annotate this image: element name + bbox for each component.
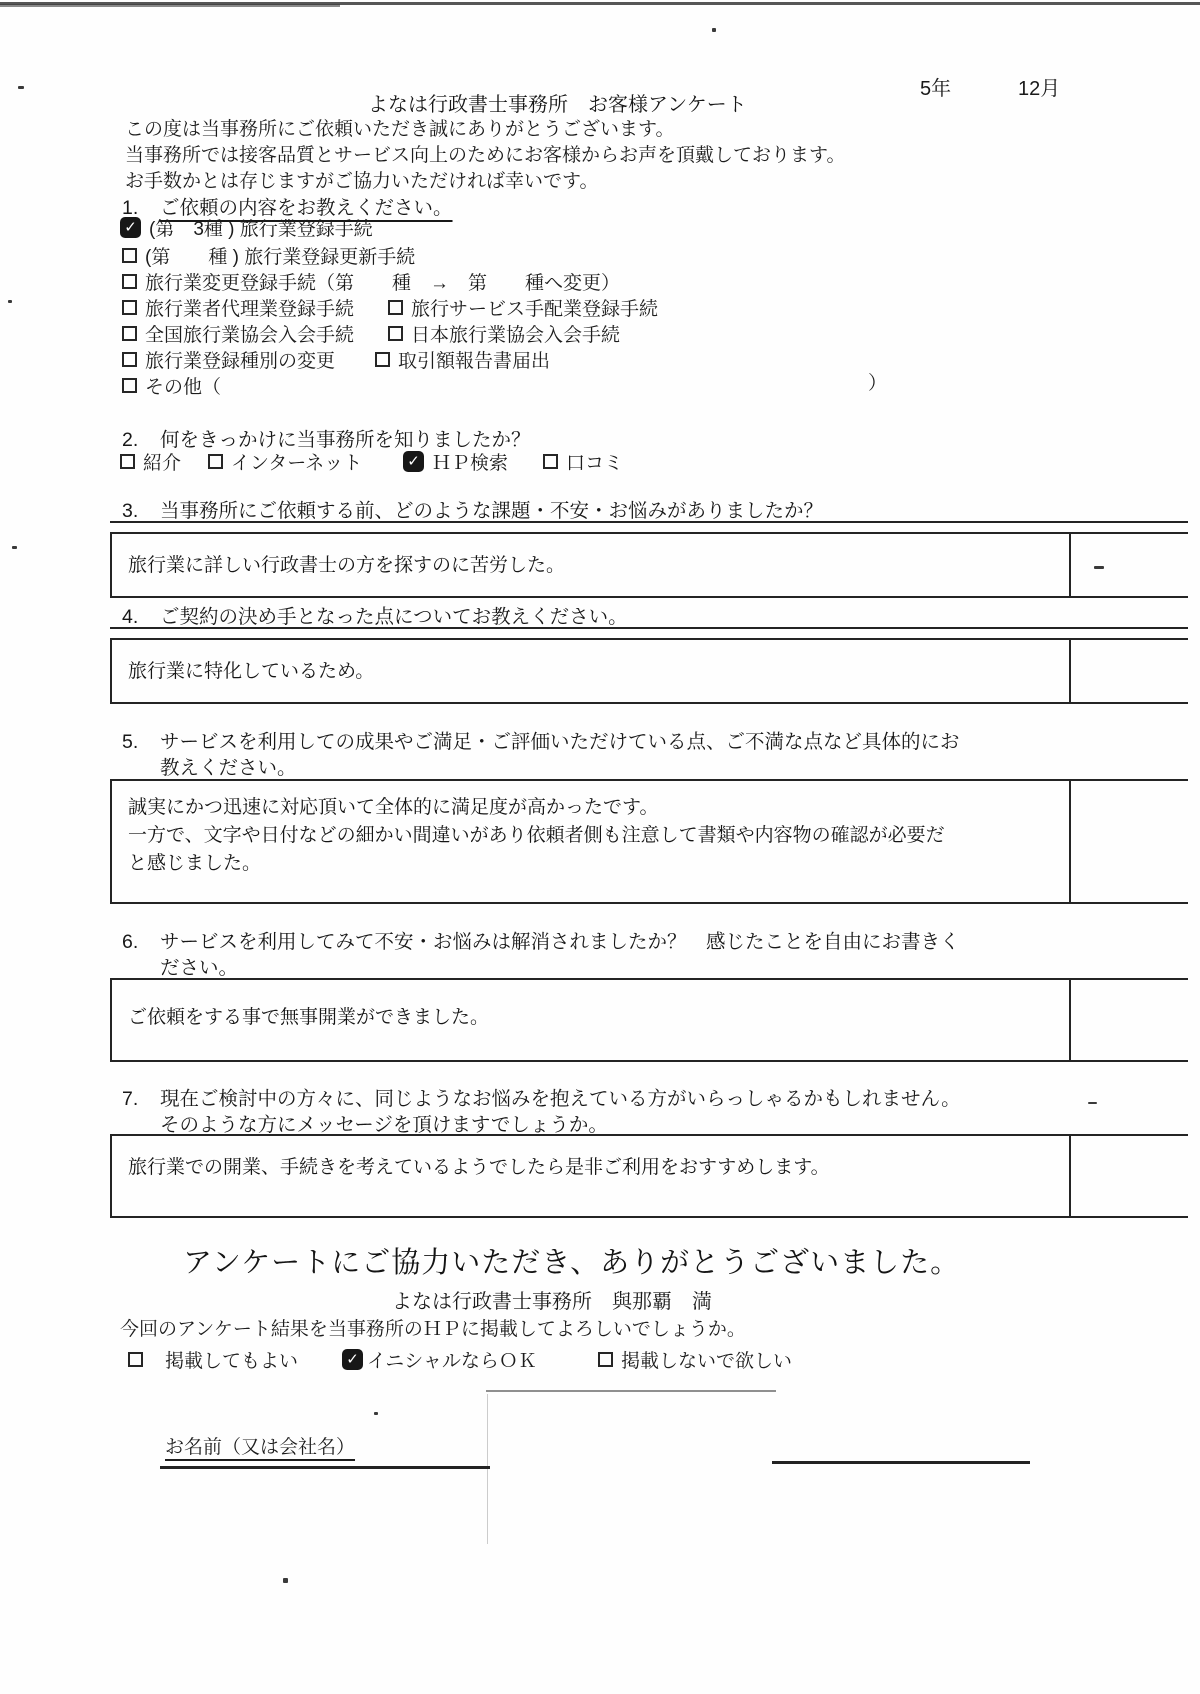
option-label: 口コミ	[566, 448, 623, 475]
scan-speck	[1088, 1102, 1097, 1104]
option-label: 全国旅行業協会入会手続	[145, 320, 354, 347]
answer-box-q3[interactable]: 旅行業に詳しい行政書士の方を探すのに苦労した。	[110, 532, 1188, 598]
checkbox-unchecked-icon[interactable]	[543, 454, 558, 469]
intro-line-1: この度は当事務所にご依頼いただき誠にありがとうございます。	[125, 118, 674, 142]
answer-box-q5[interactable]: 誠実にかつ迅速に対応頂いて全体的に満足度が高かったです。 一方で、文字や日付など…	[110, 779, 1188, 904]
question-5-title-line1: サービスを利用しての成果やご満足・ご評価いただけている点、ご不満な点など具体的に…	[160, 731, 960, 753]
checkbox-option-q1-other[interactable]: その他（	[122, 372, 221, 398]
check-glyph: ✓	[407, 452, 420, 470]
answer-box-q4[interactable]: 旅行業に特化しているため。	[110, 638, 1188, 704]
option-label: 紹介	[143, 448, 181, 475]
checkbox-unchecked-icon[interactable]	[122, 274, 137, 289]
checkbox-unchecked-icon[interactable]	[128, 1352, 143, 1367]
checkbox-unchecked-icon[interactable]	[388, 326, 403, 341]
checkbox-option-publish-no[interactable]: 掲載しないで欲しい	[598, 1346, 792, 1372]
answer-text-q5-line3: と感じました。	[128, 850, 261, 878]
answer-text-q5-line2: 一方で、文字や日付などの細かい間違いがあり依頼者側も注意して書類や内容物の確認が…	[128, 822, 945, 850]
publish-question: 今回のアンケート結果を当事務所のＨＰに掲載してよろしいでしょうか。	[120, 1318, 746, 1342]
option-label: 旅行業変更登録手続（第 種 → 第 種へ変更）	[145, 268, 620, 295]
answer-text-q7: 旅行業での開業、手続きを考えているようでしたら是非ご利用をおすすめします。	[128, 1154, 830, 1182]
checkbox-option-q1-change-registration[interactable]: 旅行業変更登録手続（第 種 → 第 種へ変更）	[122, 268, 620, 294]
question-5-number: 5.	[122, 731, 160, 754]
question-4-heading: 4.ご契約の決め手となった点についてお教えください。	[122, 601, 628, 629]
checkbox-unchecked-icon[interactable]	[122, 352, 137, 367]
question-7-title-line1: 現在ご検討中の方々に、同じようなお悩みを抱えている方がいらっしゃるかもしれません…	[160, 1088, 961, 1110]
scan-speck	[283, 1578, 288, 1583]
question-4-number: 4.	[122, 606, 160, 629]
scan-speck	[12, 546, 17, 549]
option-label: 日本旅行業協会入会手続	[411, 320, 620, 347]
checkbox-option-q1-report[interactable]: 取引額報告書届出	[375, 346, 550, 372]
checkbox-option-q2-hp-search[interactable]: ✓ ＨＰ検索	[403, 448, 508, 474]
question-4-underline	[110, 627, 1188, 629]
option-label: 旅行サービス手配業登録手続	[411, 294, 658, 321]
checkbox-option-q2-referral[interactable]: 紹介	[120, 448, 181, 474]
option-label: イニシャルならＯＫ	[367, 1346, 537, 1373]
other-close-paren: ）	[868, 372, 887, 396]
question-5-heading-line2: 教えください。	[160, 752, 297, 780]
office-signature: よなは行政書士事務所 與那覇 満	[392, 1285, 712, 1314]
name-field-label: お名前（又は会社名）	[165, 1436, 355, 1460]
checkbox-checked-icon[interactable]: ✓	[342, 1349, 363, 1370]
page-title: よなは行政書士事務所 お客様アンケート	[368, 88, 747, 117]
check-glyph: ✓	[124, 218, 137, 236]
checkbox-option-publish-initials-ok[interactable]: ✓ イニシャルならＯＫ	[342, 1346, 537, 1372]
checkbox-option-publish-ok[interactable]: 掲載してもよい	[128, 1346, 298, 1372]
question-5-heading-line1: 5.サービスを利用しての成果やご満足・ご評価いただけている点、ご不満な点など具体…	[122, 726, 960, 754]
checkbox-option-q1-agency[interactable]: 旅行業者代理業登録手続	[122, 294, 354, 320]
checkbox-option-q1-renewal[interactable]: (第 種 ) 旅行業登録更新手続	[122, 242, 415, 268]
question-3-number: 3.	[122, 500, 160, 523]
checkbox-unchecked-icon[interactable]	[208, 454, 223, 469]
checkbox-option-q2-word-of-mouth[interactable]: 口コミ	[543, 448, 623, 474]
checkbox-option-q2-internet[interactable]: インターネット	[208, 448, 362, 474]
question-7-number: 7.	[122, 1088, 160, 1111]
question-3-heading: 3.当事務所にご依頼する前、どのような課題・不安・お悩みがありましたか？	[122, 495, 823, 523]
question-6-title-line1: サービスを利用してみて不安・お悩みは解消されましたか？ 感じたことを自由にお書き…	[160, 931, 960, 953]
option-label: 取引額報告書届出	[398, 346, 550, 373]
option-label: その他（	[145, 372, 221, 399]
name-field-line[interactable]	[160, 1466, 490, 1469]
question-3-title: 当事務所にご依頼する前、どのような課題・不安・お悩みがありましたか？	[160, 500, 823, 522]
checkbox-unchecked-icon[interactable]	[598, 1352, 613, 1367]
scan-speck	[18, 86, 24, 89]
survey-document: 5年 12月 よなは行政書士事務所 お客様アンケート この度は当事務所にご依頼い…	[0, 0, 1200, 1694]
document-month: 12月	[1018, 72, 1060, 101]
question-4-title: ご契約の決め手となった点についてお教えください。	[160, 606, 628, 628]
answer-text-q4: 旅行業に特化しているため。	[128, 658, 374, 686]
scan-speck	[712, 28, 716, 32]
answer-text-q6: ご依頼をする事で無事開業ができました。	[128, 1004, 489, 1032]
checkbox-checked-icon[interactable]: ✓	[403, 451, 424, 472]
scan-artifact-top-blob	[0, 4, 340, 7]
scan-artifact-vertical-line	[487, 1394, 488, 1544]
checkbox-unchecked-icon[interactable]	[122, 300, 137, 315]
name-field-line-right[interactable]	[772, 1461, 1030, 1464]
question-6-heading-line2: ださい。	[160, 952, 238, 980]
option-label: 掲載してもよい	[165, 1346, 298, 1373]
option-label: (第 種 ) 旅行業登録更新手続	[145, 242, 415, 269]
option-label: 旅行業登録種別の変更	[145, 346, 335, 373]
document-year: 5年	[920, 72, 951, 101]
checkbox-unchecked-icon[interactable]	[375, 352, 390, 367]
question-6-heading-line1: 6.サービスを利用してみて不安・お悩みは解消されましたか？ 感じたことを自由にお…	[122, 926, 960, 954]
intro-line-3: お手数かとは存じますがご協力いただければ幸いです。	[125, 170, 598, 194]
option-label: ＨＰ検索	[432, 448, 508, 475]
option-label: インターネット	[231, 448, 362, 475]
checkbox-unchecked-icon[interactable]	[388, 300, 403, 315]
answer-box-q7[interactable]: 旅行業での開業、手続きを考えているようでしたら是非ご利用をおすすめします。	[110, 1134, 1188, 1218]
scan-speck	[374, 1412, 378, 1415]
checkbox-option-q1-type3[interactable]: ✓ (第 3種 ) 旅行業登録手続	[120, 214, 373, 240]
scan-speck	[8, 300, 12, 303]
checkbox-unchecked-icon[interactable]	[122, 248, 137, 263]
checkbox-option-q1-zenkoku[interactable]: 全国旅行業協会入会手続	[122, 320, 354, 346]
answer-box-q6[interactable]: ご依頼をする事で無事開業ができました。	[110, 978, 1188, 1062]
checkbox-unchecked-icon[interactable]	[122, 378, 137, 393]
checkbox-checked-icon[interactable]: ✓	[120, 217, 141, 238]
check-glyph: ✓	[346, 1350, 359, 1368]
question-7-heading-line2: そのような方にメッセージを頂けますでしょうか。	[160, 1109, 608, 1137]
checkbox-unchecked-icon[interactable]	[122, 326, 137, 341]
option-label: 旅行業者代理業登録手続	[145, 294, 354, 321]
option-label: (第 3種 ) 旅行業登録手続	[149, 214, 373, 241]
question-6-number: 6.	[122, 931, 160, 954]
question-3-underline	[110, 521, 1188, 523]
answer-text-q5-line1: 誠実にかつ迅速に対応頂いて全体的に満足度が高かったです。	[128, 794, 658, 822]
option-label: 掲載しないで欲しい	[621, 1346, 792, 1373]
thanks-message: アンケートにご協力いただき、ありがとうございました。	[183, 1240, 960, 1281]
question-7-heading-line1: 7.現在ご検討中の方々に、同じようなお悩みを抱えている方がいらっしゃるかもしれま…	[122, 1083, 961, 1111]
scan-artifact-broken-line	[486, 1390, 776, 1392]
intro-line-2: 当事務所では接客品質とサービス向上のためにお客様からお声を頂戴しております。	[125, 144, 845, 168]
answer-text-q3: 旅行業に詳しい行政書士の方を探すのに苦労した。	[128, 552, 565, 580]
scan-speck	[1094, 566, 1104, 569]
checkbox-option-q1-arrangement[interactable]: 旅行サービス手配業登録手続	[388, 294, 658, 320]
checkbox-option-q1-type-change[interactable]: 旅行業登録種別の変更	[122, 346, 335, 372]
checkbox-unchecked-icon[interactable]	[120, 454, 135, 469]
checkbox-option-q1-nihon[interactable]: 日本旅行業協会入会手続	[388, 320, 620, 346]
